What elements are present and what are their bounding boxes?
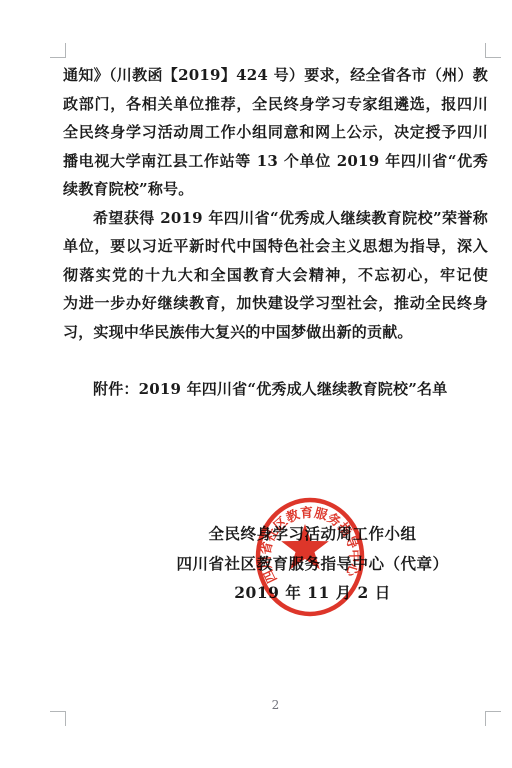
- crop-mark-top-right-icon: [485, 43, 501, 58]
- crop-mark-bottom-right-icon: [485, 711, 501, 726]
- signature-org-line: 四川省社区教育服务指导中心（代章）: [100, 549, 512, 579]
- body-line: 彻落实党的十九大和全国教育大会精神，不忘初心，牢记使命，: [63, 261, 488, 290]
- attachment-line: 附件：2019 年四川省“优秀成人继续教育院校”名单: [63, 375, 488, 404]
- blank-line: [63, 346, 488, 375]
- crop-mark-bottom-left-icon: [50, 711, 66, 726]
- body-line: 为进一步办好继续教育，加快建设学习型社会，推动全民终身学: [63, 289, 488, 318]
- body-line: 政部门，各相关单位推荐，全民终身学习专家组遴选，报四川省: [63, 90, 488, 119]
- body-line: 播电视大学南江县工作站等 13 个单位 2019 年四川省“优秀成人继: [63, 147, 488, 176]
- crop-mark-top-left-icon: [50, 43, 66, 58]
- signature-date-line: 2019 年 11 月 2 日: [100, 578, 512, 608]
- body-text: 通知》（川教函【2019】424 号）要求，经全省各市（州）教育行 政部门，各相…: [63, 61, 488, 403]
- body-line: 通知》（川教函【2019】424 号）要求，经全省各市（州）教育行: [63, 61, 488, 90]
- signature-block: 全民终身学习活动周工作小组 四川省社区教育服务指导中心（代章） 2019 年 1…: [100, 519, 512, 608]
- document-page: 通知》（川教函【2019】424 号）要求，经全省各市（州）教育行 政部门，各相…: [0, 0, 512, 768]
- body-line: 续教育院校”称号。: [63, 175, 488, 204]
- body-line: 全民终身学习活动周工作小组同意和网上公示，决定授予四川广: [63, 118, 488, 147]
- signature-org-line: 全民终身学习活动周工作小组: [100, 519, 512, 549]
- page-number: 2: [63, 698, 488, 712]
- body-line: 希望获得 2019 年四川省“优秀成人继续教育院校”荣誉称号的: [63, 204, 488, 233]
- body-line: 习，实现中华民族伟大复兴的中国梦做出新的贡献。: [63, 318, 488, 347]
- body-line: 单位，要以习近平新时代中国特色社会主义思想为指导，深入贯: [63, 232, 488, 261]
